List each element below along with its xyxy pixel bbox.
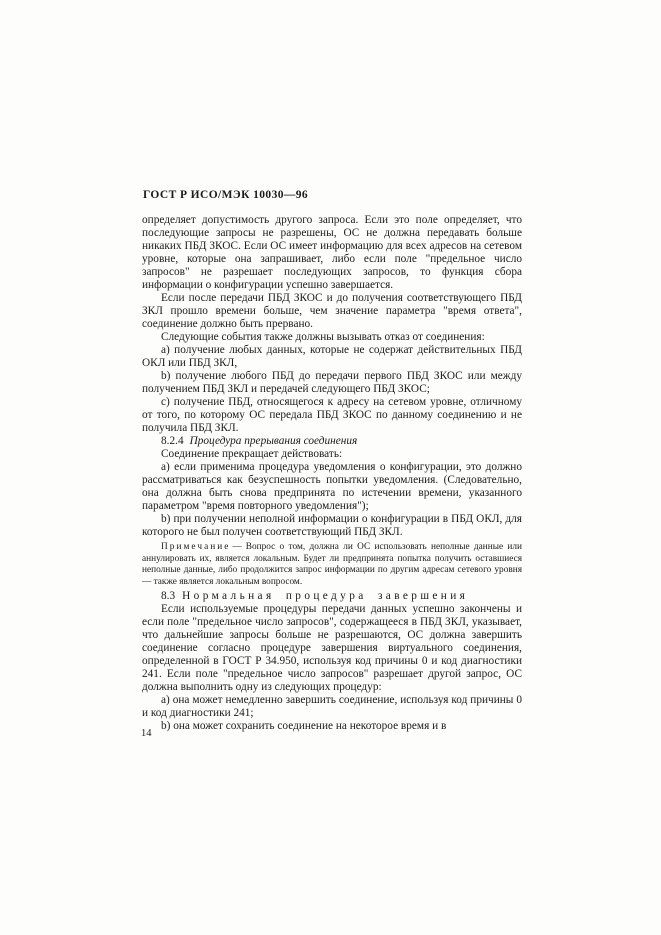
paragraph: Если после передачи ПБД ЗКОС и до получе… <box>142 292 522 331</box>
section-title: Нормальная процедура завершения <box>182 590 468 602</box>
list-item-b: b) при получении неполной информации о к… <box>142 513 522 539</box>
page-number: 14 <box>141 728 152 739</box>
note-dash: — <box>232 542 241 552</box>
list-item-b: b) получение любого ПБД до передачи перв… <box>142 370 522 396</box>
section-heading-8-3: 8.3Нормальная процедура завершения <box>142 590 522 603</box>
section-heading-8-2-4: 8.2.4Процедура прерывания соединения <box>142 435 522 448</box>
note-label: Примечание <box>161 542 230 552</box>
paragraph: Следующие события также должны вызывать … <box>142 331 522 344</box>
note-block: Примечание—Вопрос о том, должна ли ОС ис… <box>142 542 522 588</box>
section-number: 8.3 <box>161 590 175 602</box>
list-item-c: c) получение ПБД, относящегося к адресу … <box>142 396 522 435</box>
paragraph: Соединение прекращает действовать: <box>142 448 522 461</box>
scanned-document-page: ГОСТ Р ИСО/МЭК 10030—96 определяет допус… <box>0 0 661 935</box>
section-title: Процедура прерывания соединения <box>190 435 358 447</box>
list-item-a: a) она может немедленно завершить соедин… <box>142 694 522 720</box>
paragraph: Если используемые процедуры передачи дан… <box>142 603 522 694</box>
document-body: определяет допустимость другого запроса.… <box>142 214 522 733</box>
running-header-standard-designation: ГОСТ Р ИСО/МЭК 10030—96 <box>143 189 308 201</box>
paragraph-continuation: определяет допустимость другого запроса.… <box>142 214 522 292</box>
list-item-b: b) она может сохранить соединение на нек… <box>142 720 522 733</box>
list-item-a: a) если применима процедура уведомления … <box>142 461 522 513</box>
list-item-a: a) получение любых данных, которые не со… <box>142 344 522 370</box>
section-number: 8.2.4 <box>161 435 184 447</box>
